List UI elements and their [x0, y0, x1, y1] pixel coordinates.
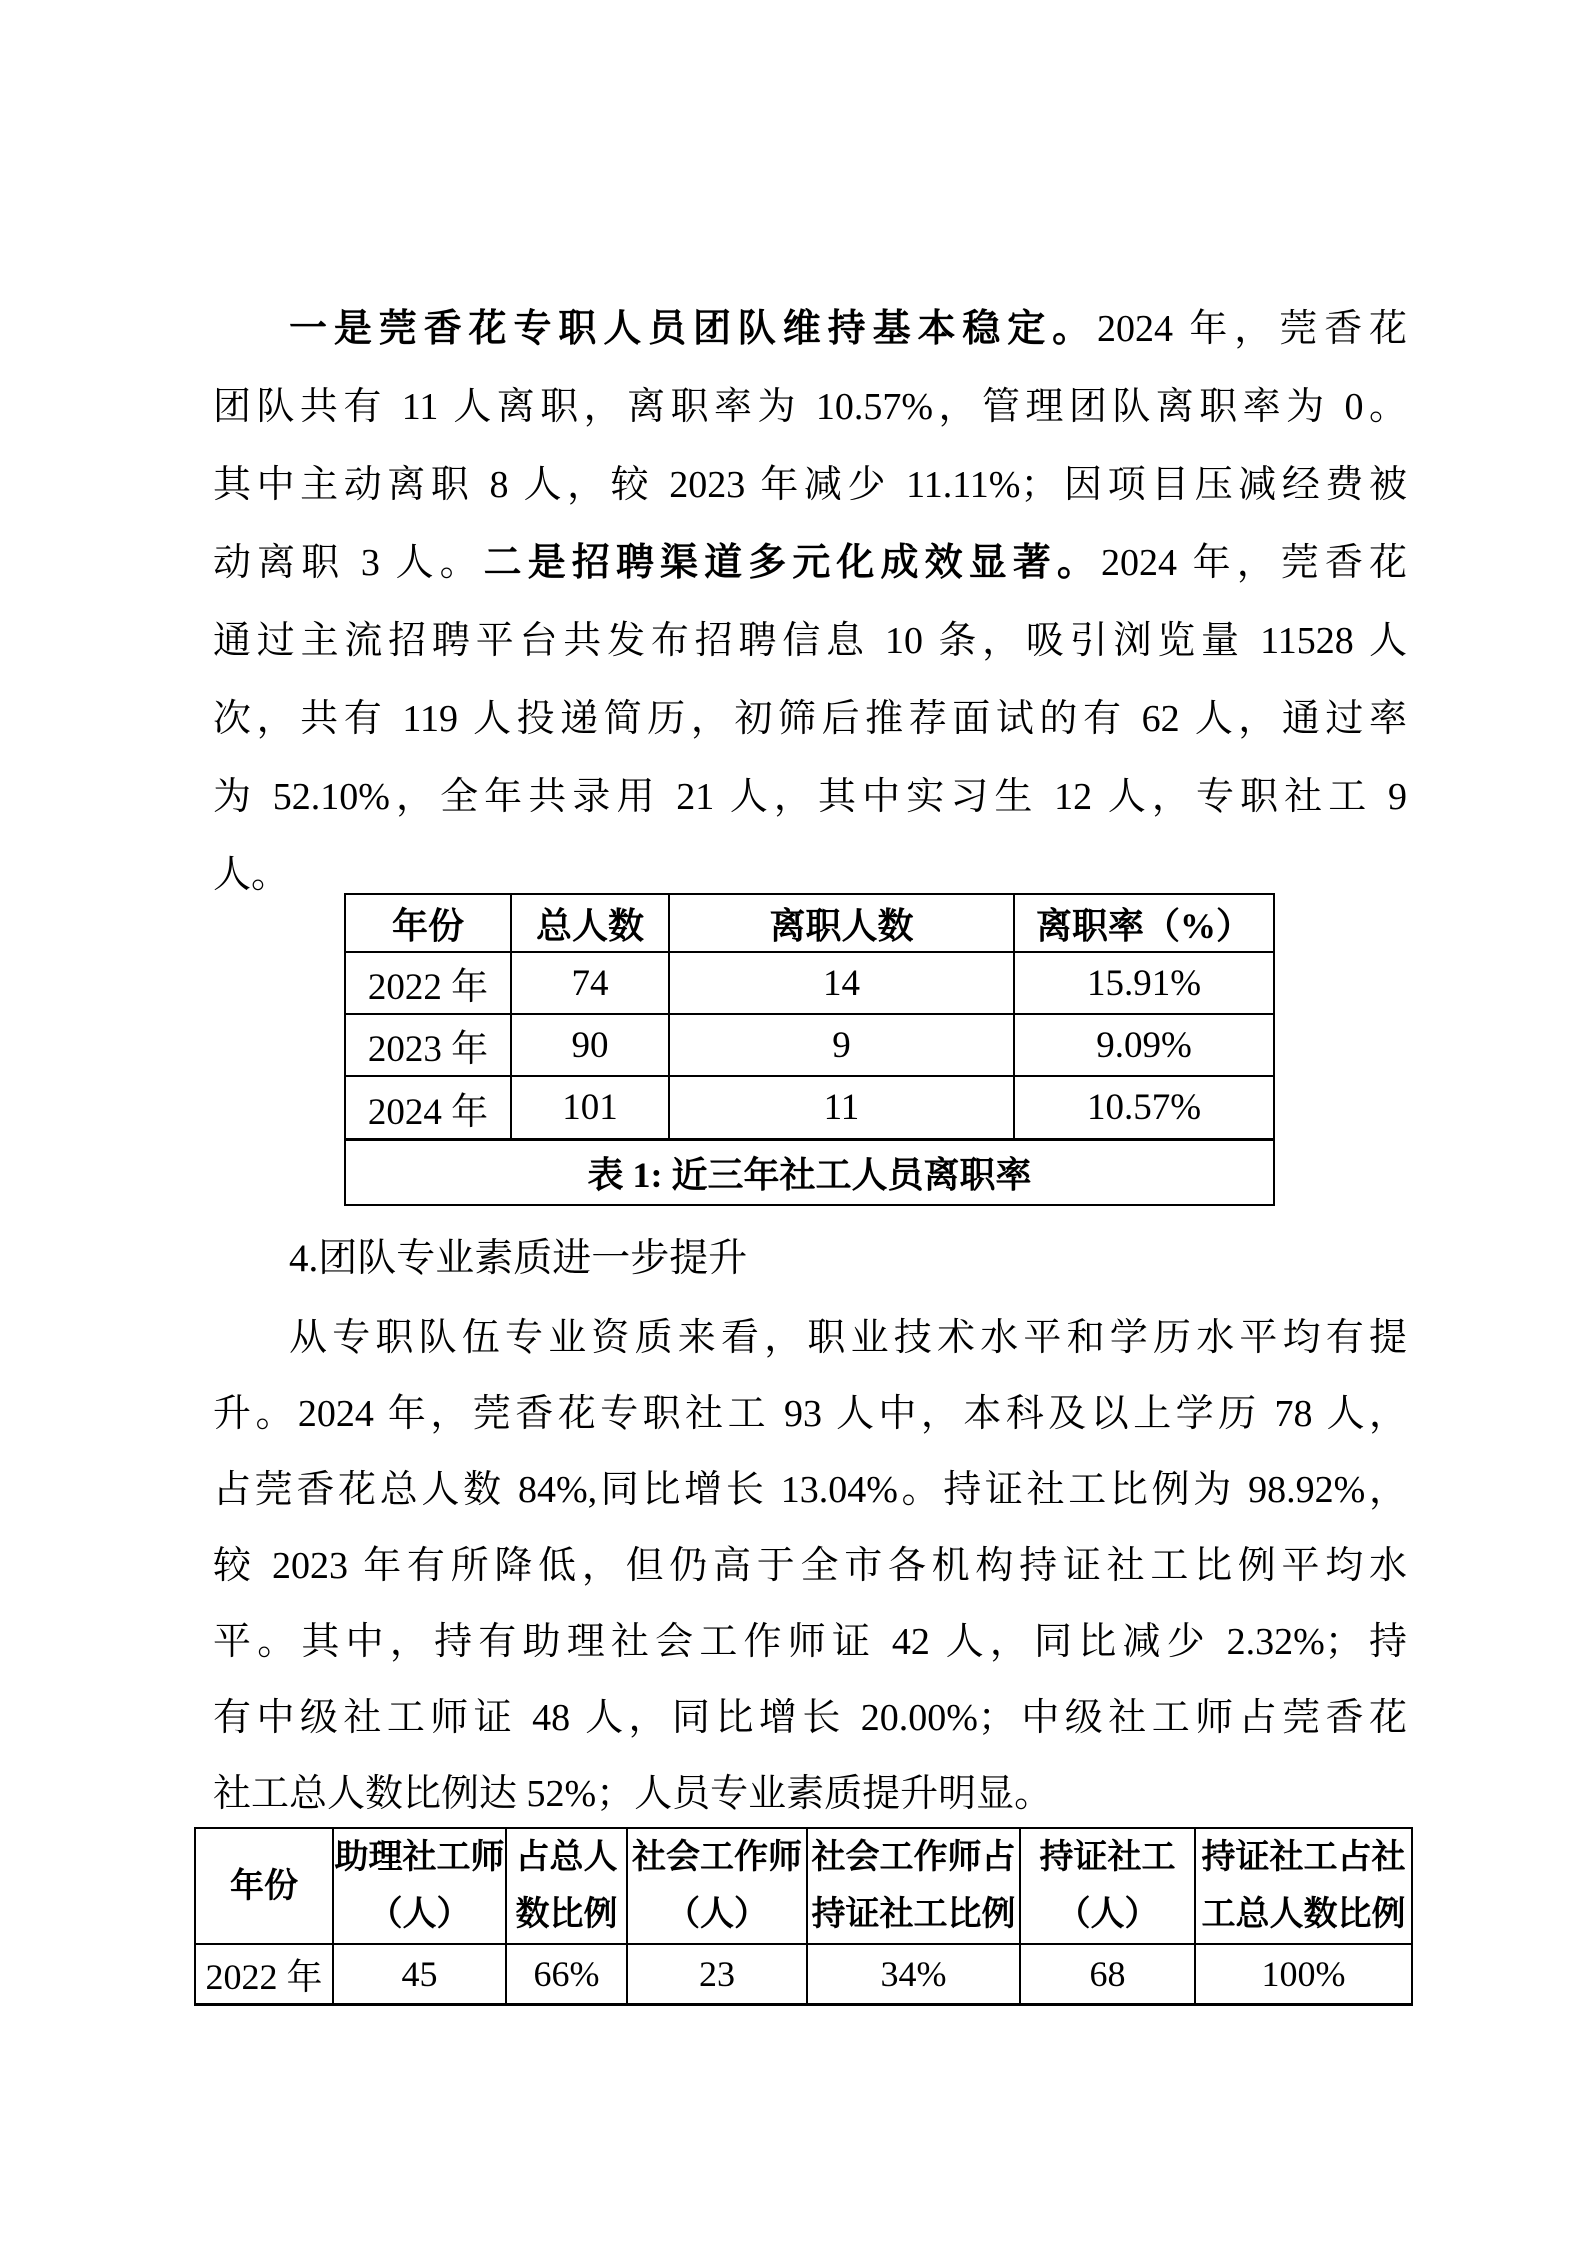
text-segment: 升。2024 年，莞香花专职社工 93 人中，本科及以上学历 78 人， — [213, 1393, 1407, 1435]
text-segment: 平。其中，持有助理社会工作师证 42 人，同比减少 2.32%；持 — [213, 1621, 1407, 1663]
table-cell: 90 — [511, 1014, 669, 1076]
table-header-cell: 持证社工占社 工总人数比例 — [1195, 1828, 1412, 1944]
text-line: 有中级社工师证 48 人，同比增长 20.00%；中级社工师占莞香花 — [213, 1680, 1407, 1756]
text-line: 占莞香花总人数 84%,同比增长 13.04%。持证社工比例为 98.92%， — [213, 1452, 1407, 1528]
table-cell: 14 — [669, 952, 1014, 1014]
text-segment: 其中主动离职 8 人，较 2023 年减少 11.11%；因项目压减经费被 — [213, 464, 1407, 506]
table-cell: 15.91% — [1014, 952, 1274, 1014]
header-line: 助理社工师 — [334, 1829, 505, 1886]
table-header-cell: 离职率（%） — [1014, 894, 1274, 952]
table-header-cell: 总人数 — [511, 894, 669, 952]
year-cell: 2022 年 — [195, 1944, 333, 2005]
text-line: 社工总人数比例达 52%；人员专业素质提升明显。 — [213, 1756, 1407, 1832]
header-line: 年份 — [196, 1858, 332, 1915]
year-cell: 2023 年 — [345, 1014, 511, 1076]
table-header-cell: 社会工作师占 持证社工比例 — [807, 1828, 1020, 1944]
paragraph-qualifications: 从专职队伍专业资质来看，职业技术水平和学历水平均有提 升。2024 年，莞香花专… — [213, 1300, 1407, 1832]
table-header-cell: 助理社工师 （人） — [333, 1828, 506, 1944]
header-line: 社会工作师占 — [808, 1829, 1019, 1886]
table-cell: 9.09% — [1014, 1014, 1274, 1076]
header-line: （人） — [628, 1886, 806, 1943]
year-cell: 2022 年 — [345, 952, 511, 1014]
table-header-cell: 年份 — [345, 894, 511, 952]
text-line: 次，共有 119 人投递简历，初筛后推荐面试的有 62 人，通过率 — [213, 680, 1407, 758]
header-line: （人） — [1021, 1886, 1194, 1943]
table-turnover: 年份 总人数 离职人数 离职率（%） 2022 年 74 14 15.91% 2… — [344, 893, 1275, 1206]
text-segment: 次，共有 119 人投递简历，初筛后推荐面试的有 62 人，通过率 — [213, 698, 1407, 740]
text-line: 平。其中，持有助理社会工作师证 42 人，同比减少 2.32%；持 — [213, 1604, 1407, 1680]
table-cell: 101 — [511, 1076, 669, 1140]
text-segment: 人。 — [213, 854, 289, 896]
text-segment: 从专职队伍专业资质来看，职业技术水平和学历水平均有提 — [289, 1317, 1407, 1359]
table-cell: 34% — [807, 1944, 1020, 2005]
table-header-row: 年份 总人数 离职人数 离职率（%） — [345, 894, 1274, 952]
table-cell: 9 — [669, 1014, 1014, 1076]
table-header-cell: 年份 — [195, 1828, 333, 1944]
table-caption-row: 表 1: 近三年社工人员离职率 — [345, 1140, 1274, 1206]
text-segment: 较 2023 年有所降低，但仍高于全市各机构持证社工比例平均水 — [213, 1545, 1407, 1587]
header-line: 工总人数比例 — [1196, 1886, 1411, 1943]
paragraph-team-stability: 一是莞香花专职人员团队维持基本稳定。2024 年，莞香花 团队共有 11 人离职… — [213, 290, 1407, 914]
text-segment: 占莞香花总人数 84%,同比增长 13.04%。持证社工比例为 98.92%， — [213, 1469, 1407, 1511]
text-segment: 2024 年，莞香花 — [1101, 542, 1407, 584]
header-line: 占总人 — [507, 1829, 626, 1886]
table-row: 2022 年 45 66% 23 34% 68 100% — [195, 1944, 1412, 2005]
table-header-cell: 离职人数 — [669, 894, 1014, 952]
table-header-row: 年份 助理社工师 （人） 占总人 数比例 社会工作师 （人） 社会工作师占 持证… — [195, 1828, 1412, 1944]
text-line: 通过主流招聘平台共发布招聘信息 10 条，吸引浏览量 11528 人 — [213, 602, 1407, 680]
header-line: 持证社工 — [1021, 1829, 1194, 1886]
table-cell: 66% — [506, 1944, 627, 2005]
table-cell: 11 — [669, 1076, 1014, 1140]
document-page: 一是莞香花专职人员团队维持基本稳定。2024 年，莞香花 团队共有 11 人离职… — [0, 0, 1587, 2245]
table-cell: 100% — [1195, 1944, 1412, 2005]
text-segment: 有中级社工师证 48 人，同比增长 20.00%；中级社工师占莞香花 — [213, 1697, 1407, 1739]
table-row: 2024 年 101 11 10.57% — [345, 1076, 1274, 1140]
text-segment: 社工总人数比例达 52%；人员专业素质提升明显。 — [213, 1773, 1052, 1815]
table-cell: 74 — [511, 952, 669, 1014]
text-segment: 动离职 3 人。 — [213, 542, 484, 584]
text-line: 团队共有 11 人离职，离职率为 10.57%，管理团队离职率为 0。 — [213, 368, 1407, 446]
text-segment: 团队共有 11 人离职，离职率为 10.57%，管理团队离职率为 0。 — [213, 386, 1407, 428]
text-line: 升。2024 年，莞香花专职社工 93 人中，本科及以上学历 78 人， — [213, 1376, 1407, 1452]
table-caption: 表 1: 近三年社工人员离职率 — [345, 1140, 1274, 1206]
table-row: 2022 年 74 14 15.91% — [345, 952, 1274, 1014]
table-cell: 45 — [333, 1944, 506, 2005]
text-line: 较 2023 年有所降低，但仍高于全市各机构持证社工比例平均水 — [213, 1528, 1407, 1604]
table-header-cell: 占总人 数比例 — [506, 1828, 627, 1944]
table-row: 2023 年 90 9 9.09% — [345, 1014, 1274, 1076]
text-segment: 通过主流招聘平台共发布招聘信息 10 条，吸引浏览量 11528 人 — [213, 620, 1407, 662]
header-line: 社会工作师 — [628, 1829, 806, 1886]
table-header-cell: 社会工作师 （人） — [627, 1828, 807, 1944]
table-cell: 10.57% — [1014, 1076, 1274, 1140]
header-line: 持证社工占社 — [1196, 1829, 1411, 1886]
text-segment: 为 52.10%，全年共录用 21 人，其中实习生 12 人，专职社工 9 — [213, 776, 1407, 818]
table-qualifications: 年份 助理社工师 （人） 占总人 数比例 社会工作师 （人） 社会工作师占 持证… — [194, 1827, 1413, 2006]
text-line: 从专职队伍专业资质来看，职业技术水平和学历水平均有提 — [213, 1300, 1407, 1376]
header-line: （人） — [334, 1886, 505, 1943]
year-cell: 2024 年 — [345, 1076, 511, 1140]
section-heading: 4.团队专业素质进一步提升 — [213, 1220, 1407, 1298]
table-cell: 68 — [1020, 1944, 1195, 2005]
text-line: 其中主动离职 8 人，较 2023 年减少 11.11%；因项目压减经费被 — [213, 446, 1407, 524]
bold-lead-phrase: 二是招聘渠道多元化成效显著。 — [484, 542, 1101, 584]
header-line: 持证社工比例 — [808, 1886, 1019, 1943]
table-header-cell: 持证社工 （人） — [1020, 1828, 1195, 1944]
text-line: 为 52.10%，全年共录用 21 人，其中实习生 12 人，专职社工 9 — [213, 758, 1407, 836]
text-segment: 2024 年，莞香花 — [1097, 308, 1407, 350]
header-line: 数比例 — [507, 1886, 626, 1943]
text-line: 动离职 3 人。二是招聘渠道多元化成效显著。2024 年，莞香花 — [213, 524, 1407, 602]
bold-lead-phrase: 一是莞香花专职人员团队维持基本稳定。 — [289, 308, 1097, 350]
text-line: 一是莞香花专职人员团队维持基本稳定。2024 年，莞香花 — [213, 290, 1407, 368]
table-cell: 23 — [627, 1944, 807, 2005]
